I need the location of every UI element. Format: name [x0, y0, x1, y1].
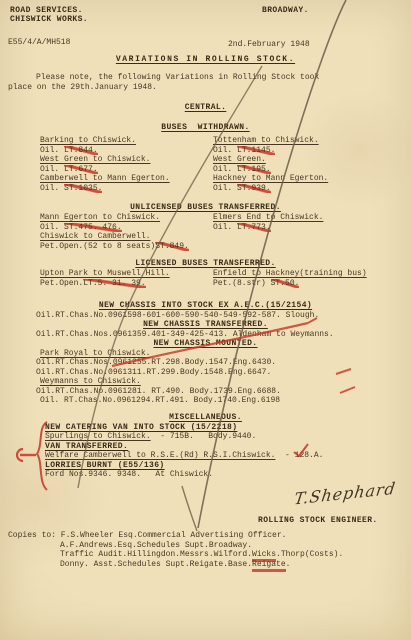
route-name: Barking to Chiswick. [40, 136, 136, 146]
section-heading-chassis-transferred: NEW CHASSIS TRANSFERRED. [0, 320, 411, 330]
red-struck-text: LT.1145. [237, 146, 275, 155]
route-name: Chiswick to Camberwell. [40, 232, 150, 242]
pencil-fork-stroke [182, 486, 197, 531]
vehicle-detail: Pet.Open.LT.5. 31. 39. [40, 279, 146, 289]
copies-line: A.F.Andrews.Esq.Schedules Supt.Broadway. [60, 541, 252, 551]
route-name: Tottenham to Chiswick. [213, 136, 319, 146]
van-transferred-line: Welfare Camberwell to R.S.E.(Rd) R.S.I.C… [45, 451, 323, 461]
route-name: West Green. [213, 155, 266, 165]
intro-text-line1: Please note, the following Variations in… [36, 73, 319, 83]
section-heading-unlicensed-transferred: UNLICENSED BUSES TRANSFERRED. [0, 203, 411, 213]
red-struck-text: LT.844. [64, 146, 98, 155]
red-arrow-hook [17, 449, 23, 461]
memo-document: ROAD SERVICES. CHISWICK WORKS. BROADWAY.… [0, 0, 411, 640]
vehicle-detail: Oil. LT.844. [40, 146, 98, 156]
vehicle-detail: Pet.Open.(52 to 8 seats)ST.849. [40, 242, 189, 252]
vehicle-detail: Oil. ST.475. 476. [40, 223, 122, 233]
chassis-numbers-line: Oil.RT.Chas.No.0961311.RT.299.Body.1548.… [36, 368, 271, 378]
section-heading-buses-withdrawn: BUSES WITHDRAWN. [0, 123, 411, 133]
section-heading-licensed-transferred: LICENSED BUSES TRANSFERRED. [0, 259, 411, 269]
route-name: Mann Egerton to Chiswick. [40, 213, 160, 223]
location-broadway: BROADWAY. [262, 6, 309, 16]
route-name: Park Royal to Chiswick. [40, 349, 150, 359]
vehicle-detail: Pet.(8.str) ST.50. [213, 279, 299, 289]
copies-line: Copies to: F.S.Wheeler Esq.Commercial Ad… [8, 531, 286, 541]
intro-text-line2: place on the 29th.January 1948. [8, 83, 157, 93]
red-dash-mark [336, 369, 351, 374]
chassis-numbers-line: Oil.RT.Chas.Nos.0961359.401-349-425-413.… [36, 330, 334, 340]
document-title: VARIATIONS IN ROLLING STOCK. [0, 55, 411, 65]
vehicle-detail: Oil. ST.1035. [40, 184, 102, 194]
office-name-line2: CHISWICK WORKS. [10, 15, 88, 25]
red-struck-text: LT.773. [237, 223, 271, 232]
route-name: Hackney to Mann Egerton. [213, 174, 328, 184]
signatory-title: ROLLING STOCK ENGINEER. [258, 516, 378, 526]
reference-number: E55/4/A/MH518 [8, 38, 70, 48]
subheading-van-transferred: VAN TRANSFERRED. [45, 442, 128, 452]
red-struck-text: ST.939. [237, 184, 271, 193]
red-struck-text: ST.849. [155, 242, 189, 251]
subheading-catering-van: NEW CATERING VAN INTO STOCK (15/2218) [45, 423, 237, 433]
copies-line: Traffic Audit.Hillingdon.Messrs.Wilford.… [60, 550, 343, 560]
route-name: Upton Park to Muswell Hill. [40, 269, 170, 279]
signature-handwriting: T.Shephard [294, 484, 397, 504]
route-name: Elmers End to Chiswick. [213, 213, 323, 223]
region-heading: CENTRAL. [0, 103, 411, 113]
red-struck-text: LT.677. [64, 165, 98, 174]
chassis-numbers-line: Oil.RT.Chas.No.0961598-601-600-590-540-5… [36, 311, 319, 321]
section-heading-chassis-mounted: NEW CHASSIS MOUNTED. [0, 339, 411, 349]
red-struck-text: LT.5. 31. 39. [83, 279, 145, 288]
subheading-lorries-burnt: LORRIES BURNT (E55/136) [45, 461, 165, 471]
vehicle-detail: Oil. LT.677. [40, 165, 98, 175]
red-struck-text: LT.195. [237, 165, 271, 174]
red-struck-text: ST.50. [271, 279, 300, 288]
chassis-numbers-line: Oil.RT.Chas.Nos.0961255.RT.298.Body.1547… [36, 358, 276, 368]
red-struck-text: ST.1035. [64, 184, 102, 193]
vehicle-detail: Oil. ST.939. [213, 184, 271, 194]
copies-line: Donny. Asst.Schedules Supt.Reigate.Base.… [60, 560, 290, 570]
chassis-numbers-line: Oil.RT.Chas.No.0961281. RT.490. Body.173… [36, 387, 281, 397]
route-name: West Green to Chiswick. [40, 155, 150, 165]
lorries-burnt-line: Ford Nos.9346. 9348. At Chiswick. [45, 470, 213, 480]
vehicle-detail: Oil. LT.773. [213, 223, 271, 233]
catering-van-line: Spurlings to Chiswick. - 715B. Body.9440… [45, 432, 256, 442]
red-underlined-name: Reigate [252, 560, 286, 572]
red-struck-text: ST.475. 476. [64, 223, 122, 232]
route-name: Camberwell to Mann Egerton. [40, 174, 170, 184]
route-name: Weymanns to Chiswick. [40, 377, 141, 387]
vehicle-detail: Oil. LT.195. [213, 165, 271, 175]
red-dash-mark [340, 387, 355, 393]
section-heading-chassis-into-stock: NEW CHASSIS INTO STOCK EX A.E.C.(15/2154… [0, 301, 411, 311]
section-heading-miscellaneous: MISCELLANEOUS. [0, 413, 411, 423]
vehicle-detail: Oil. LT.1145. [213, 146, 275, 156]
document-date: 2nd.February 1948 [228, 40, 310, 50]
route-name: Enfield to Hackney(training bus) [213, 269, 367, 279]
chassis-numbers-line: Oil. RT.Chas.No.0961294.RT.491. Body.174… [40, 396, 280, 406]
